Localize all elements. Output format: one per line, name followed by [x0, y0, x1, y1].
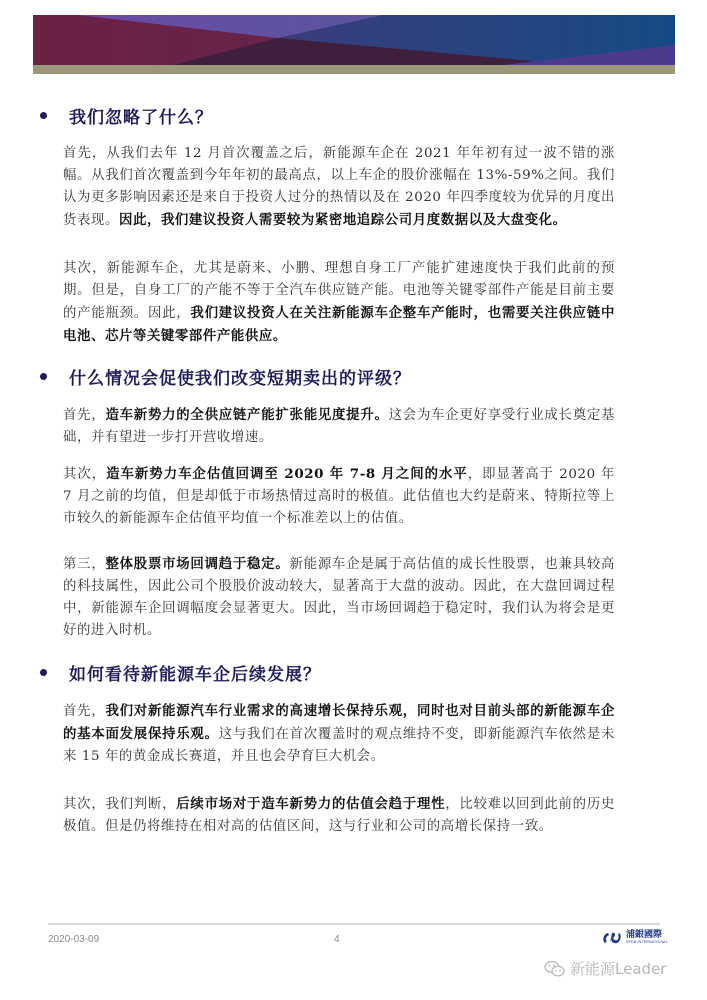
paragraph: 其次，我们判断，后续市场对于造车新势力的估值会趋于理性，比较难以回到此前的历史极… [63, 793, 615, 838]
paragraph-emphasis: 造车新势力的全供应链产能扩张能见度提升。 [105, 407, 388, 423]
paragraph-emphasis: 整体股票市场回调趋于稳定。 [105, 556, 289, 572]
paragraph: 首先，造车新势力的全供应链产能扩张能见度提升。这会为车企更好享受行业成长奠定基础… [63, 404, 615, 449]
banner-graphic [33, 15, 675, 65]
section-heading: 如何看待新能源车企后续发展？ [38, 660, 321, 685]
company-logo: 浦銀國際 SPDB INTERNATIONAL [602, 930, 668, 945]
logo-text-cn: 浦銀國際 [626, 930, 668, 940]
bullet-icon [40, 669, 47, 676]
footer-date: 2020-03-09 [48, 934, 99, 945]
logo-text-en: SPDB INTERNATIONAL [626, 940, 668, 945]
banner-stripe [33, 65, 675, 74]
watermark: 新能源Leader [544, 958, 666, 979]
section-heading: 什么情况会促使我们改变短期卖出的评级？ [38, 364, 411, 389]
wechat-icon [544, 960, 566, 978]
paragraph: 其次，新能源车企，尤其是蔚来、小鹏、理想自身工厂产能扩建速度快于我们此前的预期。… [63, 258, 615, 348]
paragraph-text: 第三， [63, 557, 105, 572]
section-title: 什么情况会促使我们改变短期卖出的评级？ [69, 364, 411, 389]
page-number: 4 [334, 934, 340, 945]
paragraph-text: 首先， [63, 704, 105, 719]
paragraph-text: 首先， [63, 408, 105, 423]
header-banner [33, 15, 675, 65]
section-title: 我们忽略了什么？ [69, 103, 213, 128]
spdb-logo-icon [602, 931, 622, 945]
paragraph: 第三，整体股票市场回调趋于稳定。新能源车企是属于高估值的成长性股票，也兼具较高的… [63, 553, 615, 642]
section-heading: 我们忽略了什么？ [38, 103, 213, 128]
section-title: 如何看待新能源车企后续发展？ [69, 660, 321, 685]
paragraph-emphasis: 后续市场对于造车新势力的估值会趋于理性 [176, 796, 445, 812]
paragraph: 首先，我们对新能源汽车行业需求的高速增长保持乐观，同时也对目前头部的新能源车企的… [63, 700, 615, 768]
paragraph-text: 其次，我们判断， [63, 797, 176, 812]
bullet-icon [40, 112, 47, 119]
bullet-icon [40, 373, 47, 380]
paragraph-emphasis: 因此，我们建议投资人需要较为紧密地追踪公司月度数据以及大盘变化。 [119, 212, 567, 228]
paragraph-emphasis: 造车新势力车企估值回调至 2020 年 7-8 月之间的水平 [106, 466, 468, 482]
paragraph: 其次，造车新势力车企估值回调至 2020 年 7-8 月之间的水平，即显著高于 … [63, 463, 615, 530]
paragraph-text: 其次， [63, 467, 106, 482]
paragraph: 首先，从我们去年 12 月首次覆盖之后，新能源车企在 2021 年年初有过一波不… [63, 143, 615, 232]
footer-divider [48, 923, 660, 925]
watermark-text: 新能源Leader [570, 958, 666, 979]
